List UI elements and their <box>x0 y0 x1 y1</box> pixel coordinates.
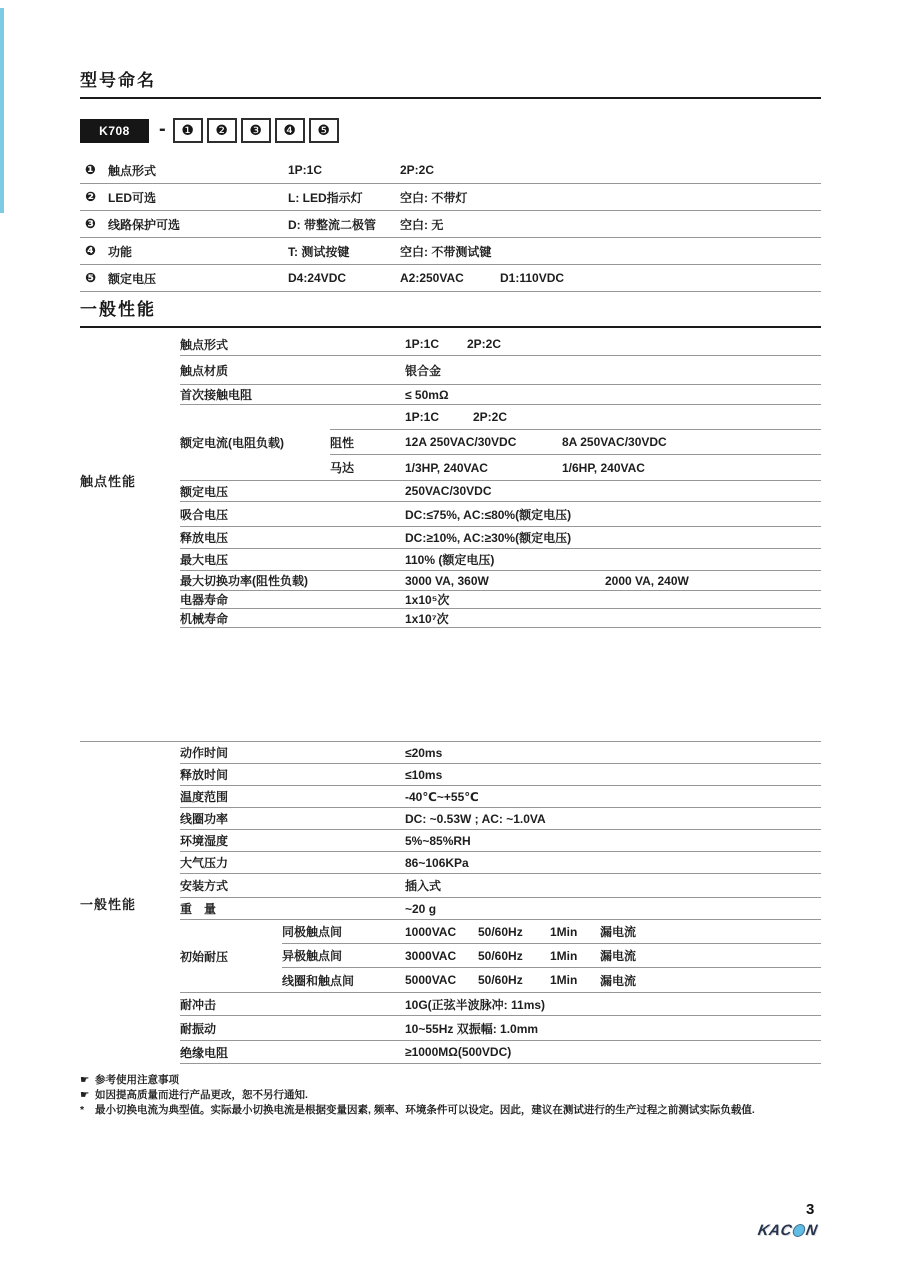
spec-value: -40℃~+55℃ <box>405 790 479 804</box>
spec-value: 1/3HP, 240VAC <box>405 461 562 475</box>
spec-value: 50/60Hz <box>478 949 550 963</box>
spec-label: 动作时间 <box>180 744 405 761</box>
spec-value: 2P:2C <box>473 410 507 424</box>
spec-label: 电器寿命 <box>180 591 405 608</box>
table-row: ❸ 线路保护可选 D: 带整流二极管 空白: 无 <box>80 211 821 238</box>
withstand-voltage-group: 初始耐压 同极触点间 1000VAC 50/60Hz 1Min 漏电流 异极触点… <box>180 920 821 993</box>
table-row: 环境湿度 5%~85%RH <box>180 830 821 852</box>
naming-row-label: 线路保护可选 <box>108 216 288 233</box>
position-box-1: ❶ <box>173 118 203 143</box>
section-title-model-naming: 型号命名 <box>80 66 821 91</box>
spec-label: 触点材质 <box>180 362 405 379</box>
spec-label: 触点形式 <box>180 336 405 353</box>
naming-option: 空白: 不带测试键 <box>400 243 500 260</box>
sub-label: 异极触点间 <box>282 947 405 964</box>
circled-1-icon: ❶ <box>80 162 108 178</box>
kacon-logo: KAC N <box>757 1222 819 1239</box>
contact-performance-table: 触点性能 触点形式 1P:1C 2P:2C 触点材质 银合金 首次接触电阻 ≤ … <box>80 333 821 628</box>
withstand-rows: 同极触点间 1000VAC 50/60Hz 1Min 漏电流 异极触点间 300… <box>282 920 821 992</box>
table-row: 电器寿命 1x10⁵次 <box>180 591 821 609</box>
spec-label: 线圈功率 <box>180 810 405 827</box>
table-row: 线圈和触点间 5000VAC 50/60Hz 1Min 漏电流 <box>282 968 821 992</box>
contact-rows: 触点形式 1P:1C 2P:2C 触点材质 银合金 首次接触电阻 ≤ 50mΩ … <box>180 333 821 628</box>
note-line: * 最小切换电流为典型值。实际最小切换电流是根据变量因素, 频率、环境条件可以设… <box>80 1104 821 1116</box>
table-row: 1P:1C 2P:2C <box>330 405 821 430</box>
table-row: 重 量 ~20 g <box>180 898 821 920</box>
table-row: 机械寿命 1x10⁷次 <box>180 609 821 628</box>
spec-value: 漏电流 <box>600 972 636 989</box>
position-box-3: ❸ <box>241 118 271 143</box>
spec-value: ≥1000MΩ(500VDC) <box>405 1045 511 1059</box>
pointing-hand-icon: ☛ <box>80 1089 95 1101</box>
spec-value: 5%~85%RH <box>405 834 471 848</box>
spec-value: 1/6HP, 240VAC <box>562 461 645 475</box>
spec-label: 耐振动 <box>180 1020 405 1037</box>
table-row: 释放电压 DC:≥10%, AC:≥30%(额定电压) <box>180 527 821 549</box>
note-text: 参考使用注意事项 <box>95 1074 179 1086</box>
naming-option: D4:24VDC <box>288 271 400 285</box>
footnotes: ☛ 参考使用注意事项 ☛ 如因提高质量而进行产品更改，恕不另行通知. * 最小切… <box>80 1074 821 1119</box>
spec-label: 首次接触电阻 <box>180 386 405 403</box>
note-line: ☛ 参考使用注意事项 <box>80 1074 821 1086</box>
naming-option: D1:110VDC <box>500 271 821 285</box>
spec-value: 10~55Hz 双振幅: 1.0mm <box>405 1020 538 1037</box>
table-row: ❷ LED可选 L: LED指示灯 空白: 不带灯 <box>80 184 821 211</box>
table-row: 安装方式 插入式 <box>180 874 821 898</box>
naming-row-label: 额定电压 <box>108 270 288 287</box>
note-text: 如因提高质量而进行产品更改，恕不另行通知. <box>95 1089 308 1101</box>
spec-value: DC: ~0.53W ; AC: ~1.0VA <box>405 812 546 826</box>
naming-option: 2P:2C <box>400 163 500 177</box>
spec-value: 1P:1C <box>405 337 467 351</box>
spec-value: ≤20ms <box>405 746 442 760</box>
rated-current-group: 额定电流(电阻负载) 1P:1C 2P:2C 阻性 12A 250VAC/30V… <box>180 405 821 481</box>
spec-label: 温度范围 <box>180 788 405 805</box>
naming-row-label: LED可选 <box>108 189 288 206</box>
table-row: 吸合电压 DC:≤75%, AC:≤80%(额定电压) <box>180 502 821 527</box>
spec-label: 最大电压 <box>180 551 405 568</box>
naming-option: A2:250VAC <box>400 271 500 285</box>
spec-value: 5000VAC <box>405 973 478 987</box>
spec-value: 1Min <box>550 925 600 939</box>
position-box-5: ❺ <box>309 118 339 143</box>
table-row: 耐振动 10~55Hz 双振幅: 1.0mm <box>180 1016 821 1041</box>
spec-label: 机械寿命 <box>180 610 405 627</box>
category-label: 一般性能 <box>80 742 180 1064</box>
spec-value: 250VAC/30VDC <box>405 484 491 498</box>
general-performance-table: 一般性能 动作时间 ≤20ms 释放时间 ≤10ms 温度范围 -40℃~+55… <box>80 741 821 1064</box>
note-text: 最小切换电流为典型值。实际最小切换电流是根据变量因素, 频率、环境条件可以设定。… <box>95 1104 755 1116</box>
circled-1-icon: ❶ <box>181 122 194 139</box>
spec-value: 银合金 <box>405 362 441 379</box>
table-row: 动作时间 ≤20ms <box>180 742 821 764</box>
spec-value: 10G(正弦半波脉冲: 11ms) <box>405 996 545 1013</box>
table-row: ❺ 额定电压 D4:24VDC A2:250VAC D1:110VDC <box>80 265 821 292</box>
naming-option: T: 测试按键 <box>288 243 400 260</box>
section-title-general-performance: 一般性能 <box>80 295 821 320</box>
spec-label: 额定电流(电阻负载) <box>180 405 330 480</box>
rated-current-rows: 1P:1C 2P:2C 阻性 12A 250VAC/30VDC 8A 250VA… <box>330 405 821 480</box>
spec-value: 1P:1C <box>405 410 473 424</box>
table-row: 马达 1/3HP, 240VAC 1/6HP, 240VAC <box>330 455 821 480</box>
logo-text-right: N <box>805 1222 819 1239</box>
table-row: 阻性 12A 250VAC/30VDC 8A 250VAC/30VDC <box>330 430 821 455</box>
naming-row-label: 触点形式 <box>108 162 288 179</box>
circled-3-icon: ❸ <box>80 216 108 232</box>
table-row: 温度范围 -40℃~+55℃ <box>180 786 821 808</box>
spec-label: 环境湿度 <box>180 832 405 849</box>
naming-option: 空白: 无 <box>400 216 500 233</box>
circled-2-icon: ❷ <box>215 122 228 139</box>
table-row: 首次接触电阻 ≤ 50mΩ <box>180 385 821 405</box>
pointing-hand-icon: ☛ <box>80 1074 95 1086</box>
asterisk-icon: * <box>80 1104 95 1116</box>
spec-value: 1x10⁵次 <box>405 591 449 608</box>
naming-row-label: 功能 <box>108 243 288 260</box>
spec-label: 耐冲击 <box>180 996 405 1013</box>
general-rows: 动作时间 ≤20ms 释放时间 ≤10ms 温度范围 -40℃~+55℃ 线圈功… <box>180 742 821 1064</box>
sub-label: 马达 <box>330 459 405 476</box>
naming-option: 空白: 不带灯 <box>400 189 500 206</box>
spec-value: 插入式 <box>405 877 441 894</box>
spec-value: 3000 VA, 360W <box>405 574 605 588</box>
sub-label: 同极触点间 <box>282 923 405 940</box>
table-row: 异极触点间 3000VAC 50/60Hz 1Min 漏电流 <box>282 944 821 968</box>
table-row: 绝缘电阻 ≥1000MΩ(500VDC) <box>180 1041 821 1064</box>
spec-value: DC:≤75%, AC:≤80%(额定电压) <box>405 506 571 523</box>
naming-table: ❶ 触点形式 1P:1C 2P:2C ❷ LED可选 L: LED指示灯 空白:… <box>80 157 821 292</box>
spec-value: 8A 250VAC/30VDC <box>562 435 667 449</box>
accent-bar <box>0 8 4 213</box>
spec-value: 1Min <box>550 973 600 987</box>
sub-label: 阻性 <box>330 434 405 451</box>
spec-label: 吸合电压 <box>180 506 405 523</box>
model-code-box: K708 <box>80 119 149 143</box>
table-row: 耐冲击 10G(正弦半波脉冲: 11ms) <box>180 993 821 1016</box>
spec-value: 12A 250VAC/30VDC <box>405 435 562 449</box>
category-label: 触点性能 <box>80 333 180 628</box>
section-model-naming: 型号命名 K708 - ❶ ❷ ❸ ❹ ❺ ❶ 触点形式 1P:1C 2P:2C… <box>80 66 821 292</box>
page-number: 3 <box>806 1201 814 1218</box>
spec-label: 大气压力 <box>180 854 405 871</box>
table-row: ❹ 功能 T: 测试按键 空白: 不带测试键 <box>80 238 821 265</box>
model-code-row: K708 - ❶ ❷ ❸ ❹ ❺ <box>80 118 821 143</box>
table-row: 线圈功率 DC: ~0.53W ; AC: ~1.0VA <box>180 808 821 830</box>
spec-value: 1x10⁷次 <box>405 610 449 627</box>
section-general-performance: 一般性能 触点性能 触点形式 1P:1C 2P:2C 触点材质 银合金 首次接触… <box>80 295 821 1064</box>
logo-text-left: KAC <box>757 1222 794 1239</box>
table-row: ❶ 触点形式 1P:1C 2P:2C <box>80 157 821 184</box>
spec-value: ≤10ms <box>405 768 442 782</box>
naming-option: 1P:1C <box>288 163 400 177</box>
position-box-2: ❷ <box>207 118 237 143</box>
spec-label: 最大切换功率(阻性负载) <box>180 572 405 589</box>
spec-value: 漏电流 <box>600 947 636 964</box>
circled-2-icon: ❷ <box>80 189 108 205</box>
spec-value: 2000 VA, 240W <box>605 574 689 588</box>
circled-5-icon: ❺ <box>80 270 108 286</box>
note-line: ☛ 如因提高质量而进行产品更改，恕不另行通知. <box>80 1089 821 1101</box>
table-row: 释放时间 ≤10ms <box>180 764 821 786</box>
title-rule <box>80 97 821 99</box>
spec-label: 额定电压 <box>180 483 405 500</box>
spec-value: 漏电流 <box>600 923 636 940</box>
spec-label: 安装方式 <box>180 877 405 894</box>
sub-label: 线圈和触点间 <box>282 972 405 989</box>
table-row: 大气压力 86~106KPa <box>180 852 821 874</box>
circled-4-icon: ❹ <box>283 122 296 139</box>
spec-value: 1Min <box>550 949 600 963</box>
naming-option: L: LED指示灯 <box>288 189 400 206</box>
spec-label: 释放时间 <box>180 766 405 783</box>
spec-label: 重 量 <box>180 900 405 917</box>
naming-option: D: 带整流二极管 <box>288 216 400 233</box>
table-row: 额定电压 250VAC/30VDC <box>180 481 821 502</box>
circled-4-icon: ❹ <box>80 243 108 259</box>
dash-separator: - <box>159 118 166 141</box>
spec-value: 86~106KPa <box>405 856 469 870</box>
spec-value: 50/60Hz <box>478 973 550 987</box>
spec-value: 2P:2C <box>467 337 501 351</box>
spec-value: 1000VAC <box>405 925 478 939</box>
position-box-4: ❹ <box>275 118 305 143</box>
spec-value: 50/60Hz <box>478 925 550 939</box>
spec-label: 初始耐压 <box>180 920 282 992</box>
title-rule <box>80 326 821 328</box>
spec-label: 绝缘电阻 <box>180 1044 405 1061</box>
spec-value: ~20 g <box>405 902 436 916</box>
table-row: 最大电压 110% (额定电压) <box>180 549 821 571</box>
spec-value: 3000VAC <box>405 949 478 963</box>
table-row: 触点形式 1P:1C 2P:2C <box>180 333 821 356</box>
spec-value: ≤ 50mΩ <box>405 388 449 402</box>
table-row: 最大切换功率(阻性负载) 3000 VA, 360W 2000 VA, 240W <box>180 571 821 591</box>
circled-5-icon: ❺ <box>317 122 330 139</box>
datasheet-page: 型号命名 K708 - ❶ ❷ ❸ ❹ ❺ ❶ 触点形式 1P:1C 2P:2C… <box>0 0 899 1265</box>
circled-3-icon: ❸ <box>249 122 262 139</box>
table-row: 同极触点间 1000VAC 50/60Hz 1Min 漏电流 <box>282 920 821 944</box>
spec-label: 释放电压 <box>180 529 405 546</box>
spec-value: DC:≥10%, AC:≥30%(额定电压) <box>405 529 571 546</box>
spec-value: 110% (额定电压) <box>405 551 494 568</box>
table-row: 触点材质 银合金 <box>180 356 821 385</box>
